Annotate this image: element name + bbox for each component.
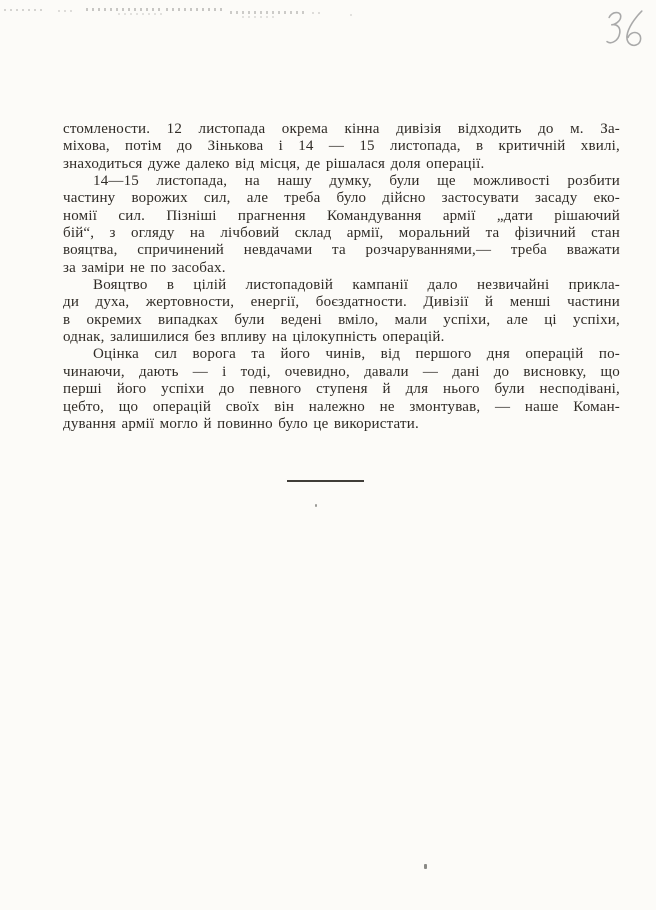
- paragraph-1: стомлености. 12 листопада окрема кінна д…: [63, 121, 620, 173]
- text-line: знаходиться дуже далеко від місця, де рі…: [63, 156, 620, 173]
- text-line: дування армії могло й повинно було це ви…: [63, 416, 620, 433]
- handwritten-page-number: [606, 10, 646, 48]
- text-line: частину ворожих сил, але треба було дійс…: [63, 190, 620, 207]
- paragraph-4: Оцінка сил ворога та його чинів, від пер…: [63, 346, 620, 433]
- scan-noise: [242, 16, 276, 18]
- scan-noise: [230, 11, 308, 14]
- scan-noise: [4, 9, 44, 11]
- text-line: стомлености. 12 листопада окрема кінна д…: [63, 121, 620, 138]
- text-line: номії сил. Пізніші прагнення Командуванн…: [63, 208, 620, 225]
- text-line: Вояцтво в цілій листопадовій кампанії да…: [63, 277, 620, 294]
- scan-noise: [58, 10, 72, 12]
- ink-speck: [315, 504, 317, 507]
- text-line: Оцінка сил ворога та його чинів, від пер…: [63, 346, 620, 363]
- scan-noise: [118, 13, 164, 15]
- text-block: стомлености. 12 листопада окрема кінна д…: [63, 121, 620, 433]
- ink-speck: [424, 864, 427, 869]
- section-divider: [287, 480, 364, 482]
- text-line: вояцтва, спричинений невдачами та розчар…: [63, 242, 620, 259]
- text-line: ди духа, жертовности, енергії, боєздатно…: [63, 294, 620, 311]
- scanned-page: стомлености. 12 листопада окрема кінна д…: [0, 0, 656, 910]
- text-line: цебто, що операцій своїх він належно не …: [63, 399, 620, 416]
- text-line: перші його успіхи до певного ступеня й д…: [63, 381, 620, 398]
- scan-noise: [86, 8, 160, 11]
- text-line: в окремих випадках були ведені вміло, ма…: [63, 312, 620, 329]
- paragraph-3: Вояцтво в цілій листопадовій кампанії да…: [63, 277, 620, 346]
- text-line: чинаючи, дають — і тоді, очевидно, давал…: [63, 364, 620, 381]
- text-line: бій“, з огляду на лічбовий склад армії, …: [63, 225, 620, 242]
- scan-noise: [166, 8, 224, 11]
- paragraph-2: 14—15 листопада, на нашу думку, були ще …: [63, 173, 620, 277]
- scan-noise: [350, 14, 355, 16]
- text-line: за заміри не по засобах.: [63, 260, 620, 277]
- text-line: однак, залишилися без впливу на цілокупн…: [63, 329, 620, 346]
- text-line: 14—15 листопада, на нашу думку, були ще …: [63, 173, 620, 190]
- scan-noise: [312, 12, 322, 14]
- text-line: міхова, потім до Зінькова і 14 — 15 лист…: [63, 138, 620, 155]
